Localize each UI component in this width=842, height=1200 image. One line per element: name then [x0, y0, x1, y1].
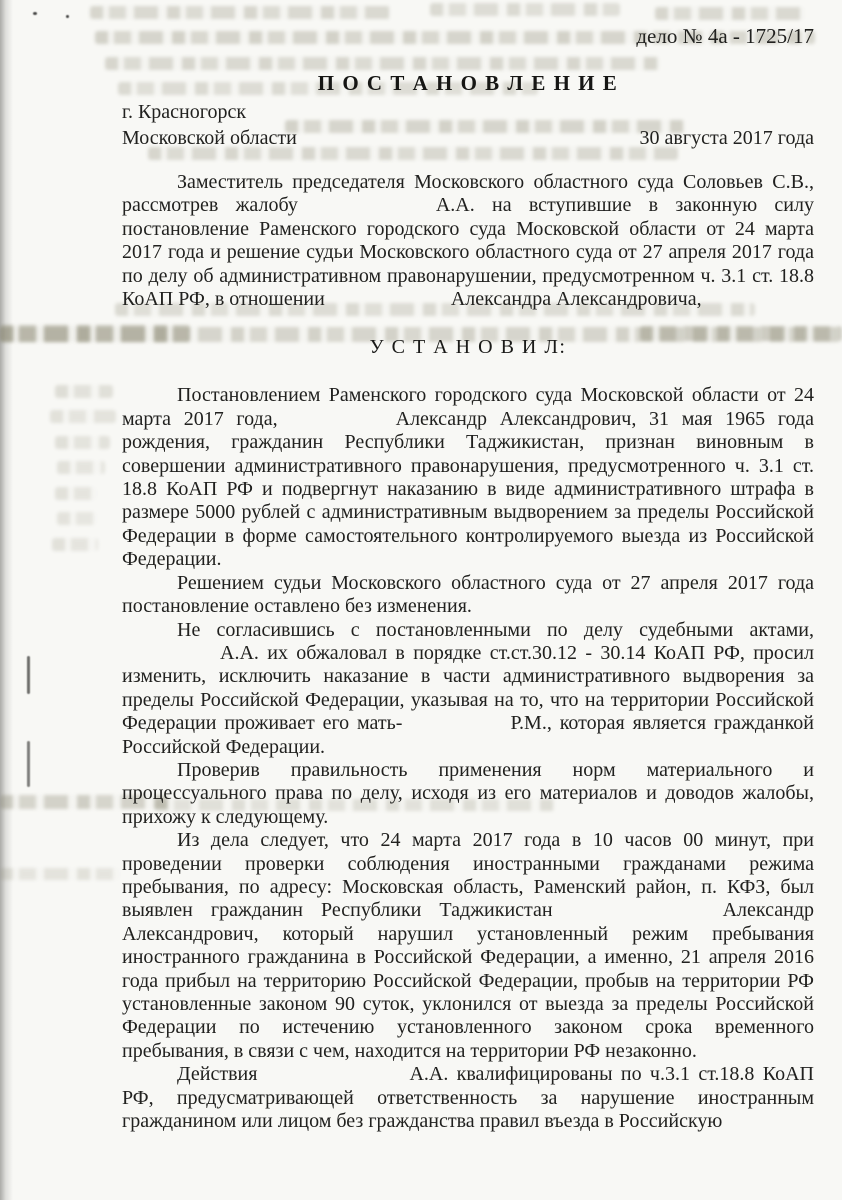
bleedthrough-artifact	[57, 512, 97, 525]
found-heading: У С Т А Н О В И Л:	[122, 336, 814, 359]
redacted-gap	[553, 915, 723, 916]
bleedthrough-artifact	[52, 538, 98, 551]
document-date: 30 августа 2017 года	[640, 127, 814, 150]
redacted-gap	[298, 210, 436, 211]
paragraph: Из дела следует, что 24 марта 2017 года …	[122, 829, 814, 1063]
bleedthrough-artifact	[55, 487, 97, 500]
staple-mark	[27, 656, 30, 694]
paragraph: Решением судьи Московского областного су…	[122, 572, 814, 619]
redacted-gap	[257, 1079, 409, 1080]
paragraph: ДействияА.А. квалифицированы по ч.3.1 ст…	[122, 1063, 814, 1133]
redacted-gap	[122, 658, 220, 659]
paragraph: Проверив правильность применения норм ма…	[122, 759, 814, 829]
redacted-gap	[402, 728, 510, 729]
bleedthrough-artifact	[0, 868, 120, 880]
bleedthrough-artifact	[90, 6, 390, 19]
paragraph: Заместитель председателя Московского обл…	[122, 171, 814, 311]
body-paragraphs: Постановлением Раменского городского суд…	[122, 384, 814, 1133]
place-region: Московской области	[122, 127, 297, 150]
bleedthrough-artifact	[55, 385, 113, 398]
scanned-page: дело № 4а - 1725/17 П О С Т А Н О В Л Е …	[0, 0, 842, 1200]
staple-mark	[27, 741, 30, 787]
page-edge-shadow	[0, 0, 13, 1200]
place-city: г. Красногорск	[122, 101, 814, 124]
redacted-gap	[325, 304, 451, 305]
place-date-row: Московской области 30 августа 2017 года	[122, 127, 814, 150]
bleedthrough-artifact	[50, 410, 116, 423]
bleedthrough-artifact	[55, 436, 110, 449]
bleedthrough-artifact	[655, 7, 805, 20]
paragraph: Не согласившись с постановленными по дел…	[122, 619, 814, 759]
bleedthrough-artifact	[430, 3, 620, 16]
scan-speckle	[66, 15, 69, 18]
bleedthrough-artifact	[57, 461, 105, 474]
scan-speckle	[33, 12, 37, 15]
redacted-gap	[278, 424, 396, 425]
case-number: дело № 4а - 1725/17	[122, 24, 814, 48]
intro-paragraphs: Заместитель председателя Московского обл…	[122, 171, 814, 311]
document-content: дело № 4а - 1725/17 П О С Т А Н О В Л Е …	[122, 24, 814, 1133]
document-title: П О С Т А Н О В Л Е Н И Е	[122, 70, 814, 96]
paragraph: Постановлением Раменского городского суд…	[122, 384, 814, 571]
